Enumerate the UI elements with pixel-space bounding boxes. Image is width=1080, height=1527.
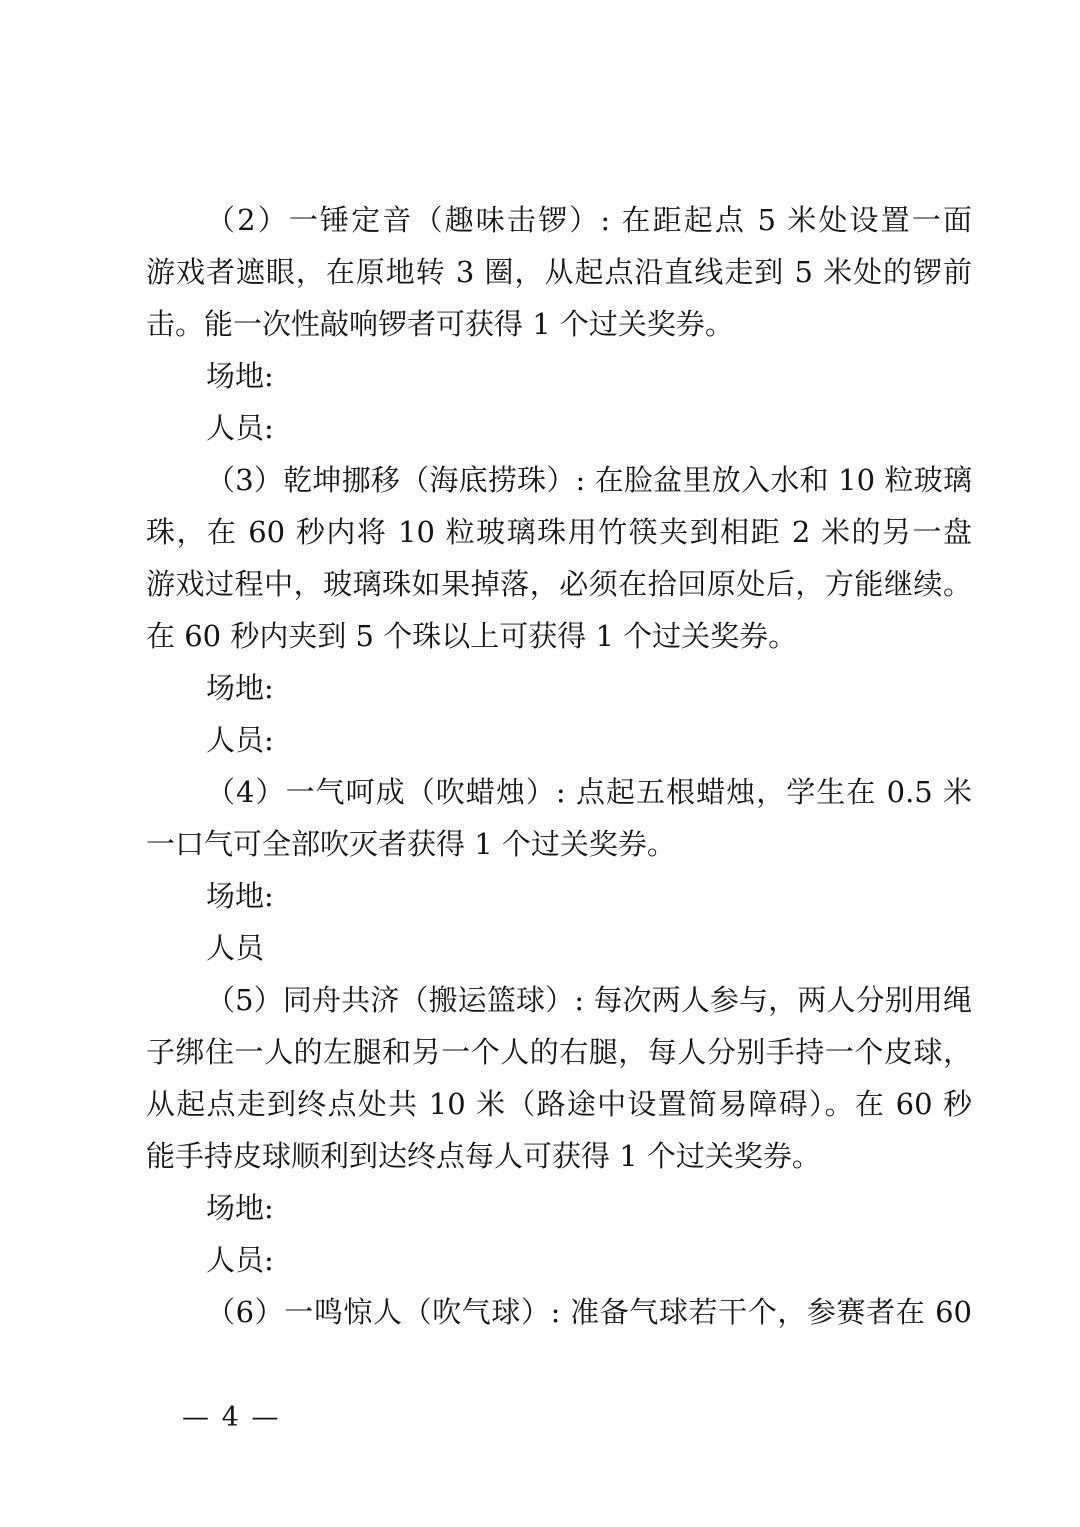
- paragraph-line: 击。能一次性敲响锣者可获得 1 个过关奖券。: [146, 298, 972, 350]
- paragraph-line: 从起点走到终点处共 10 米（路途中设置简易障碍）。在 60 秒内，: [146, 1078, 972, 1130]
- paragraph-line: （2）一锤定音（趣味击锣）: 在距起点 5 米处设置一面锣，: [146, 194, 972, 246]
- paragraph-line: （6）一鸣惊人（吹气球）: 准备气球若干个，参赛者在 60: [146, 1286, 972, 1338]
- document-page: （2）一锤定音（趣味击锣）: 在距起点 5 米处设置一面锣， 游戏者遮眼，在原地…: [0, 0, 1080, 1527]
- paragraph-line: （4）一气呵成（吹蜡烛）: 点起五根蜡烛，学生在 0.5 米外: [146, 766, 972, 818]
- paragraph-line: 珠，在 60 秒内将 10 粒玻璃珠用竹筷夹到相距 2 米的另一盘里。: [146, 506, 972, 558]
- document-body: （2）一锤定音（趣味击锣）: 在距起点 5 米处设置一面锣， 游戏者遮眼，在原地…: [146, 194, 972, 1338]
- paragraph-line: 一口气可全部吹灭者获得 1 个过关奖券。: [146, 818, 972, 870]
- field-label-staff: 人员:: [146, 402, 972, 454]
- page-number: — 4 —: [182, 1398, 280, 1438]
- field-label-staff: 人员: [146, 922, 972, 974]
- paragraph-line: 游戏者遮眼，在原地转 3 圈，从起点沿直线走到 5 米处的锣前敲: [146, 246, 972, 298]
- paragraph-line: 在 60 秒内夹到 5 个珠以上可获得 1 个过关奖券。: [146, 610, 972, 662]
- field-label-venue: 场地:: [146, 1182, 972, 1234]
- field-label-venue: 场地:: [146, 870, 972, 922]
- paragraph-line: （5）同舟共济（搬运篮球）: 每次两人参与，两人分别用绳: [146, 974, 972, 1026]
- paragraph-line: 游戏过程中，玻璃珠如果掉落，必须在拾回原处后，方能继续。: [146, 558, 972, 610]
- field-label-venue: 场地:: [146, 350, 972, 402]
- paragraph-line: （3）乾坤挪移（海底捞珠）: 在脸盆里放入水和 10 粒玻璃: [146, 454, 972, 506]
- field-label-staff: 人员:: [146, 714, 972, 766]
- paragraph-line: 子绑住一人的左腿和另一个人的右腿，每人分别手持一个皮球，: [146, 1026, 972, 1078]
- field-label-staff: 人员:: [146, 1234, 972, 1286]
- paragraph-line: 能手持皮球顺利到达终点每人可获得 1 个过关奖券。: [146, 1130, 972, 1182]
- field-label-venue: 场地:: [146, 662, 972, 714]
